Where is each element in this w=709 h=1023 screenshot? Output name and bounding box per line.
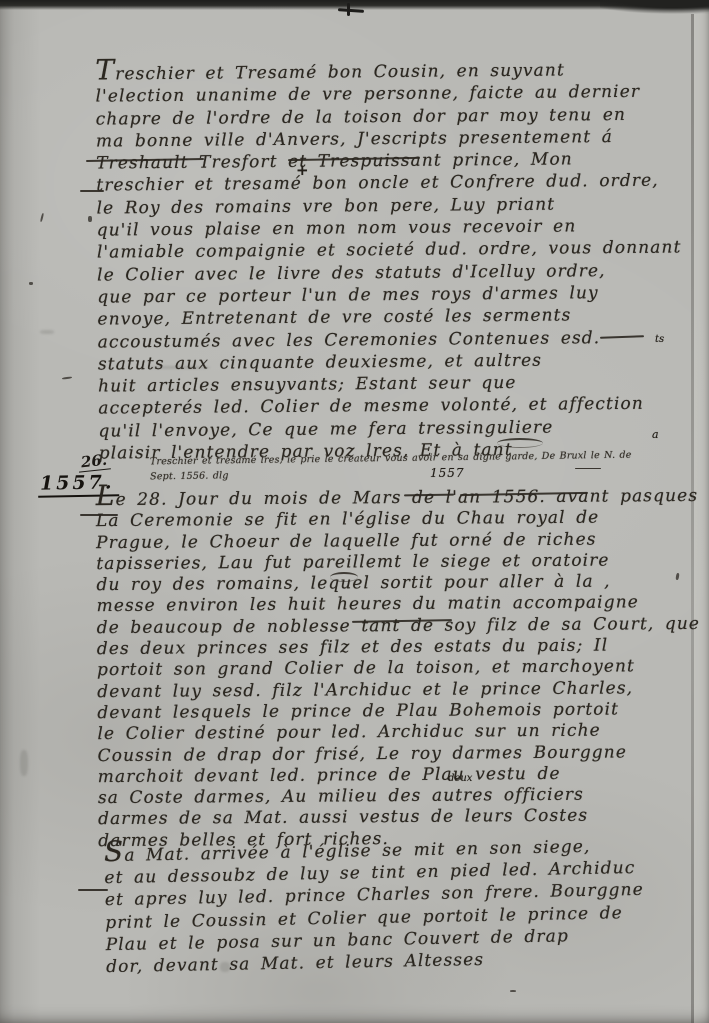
top-cross-mark (347, 3, 350, 16)
manuscript-line: Le 28. Jour du mois de Mars de l'an 1556… (96, 481, 700, 512)
manuscript-line: Coussin de drap dor frisé, Le roy darmes… (98, 741, 701, 767)
superscript-abbreviation-ts: ts (655, 334, 664, 345)
bleed-through-ghost (220, 962, 230, 972)
ink-speck (88, 216, 92, 222)
manuscript-line: de beaucoup de noblesse tant de soy filz… (97, 614, 700, 640)
paragraph-closing-note: Treschier et tresamé lres, ie prie le cr… (150, 449, 632, 485)
inserted-year-correction: 1557 (430, 466, 465, 480)
underline-mark (575, 468, 601, 469)
paragraph-ceremony-account: Le 28. Jour du mois de Mars de l'an 1556… (96, 481, 702, 852)
manuscript-page-scan: 26. 1557. Treschier et Tresamé bon Cousi… (0, 0, 709, 1023)
bleed-through-ghost (40, 330, 54, 334)
insertion-caret-mark: + (296, 161, 309, 179)
bleed-through-ghost (20, 750, 28, 776)
inserted-word-deux: deux (448, 773, 472, 784)
top-cross-mark (338, 8, 364, 12)
ink-speck (62, 376, 72, 379)
ink-speck (40, 213, 44, 222)
insertion-dash (78, 889, 108, 891)
insertion-dash (80, 514, 118, 516)
struck-word-scribble (330, 572, 358, 582)
paragraph-mass-account: Sa Mat. arrivée à l'église se mit en son… (104, 831, 646, 979)
struck-word-scribble (497, 438, 543, 448)
ink-speck (29, 282, 33, 285)
manuscript-line: devant lesquels le prince de Plau Bohemo… (97, 699, 700, 725)
superscript-letter-a: a (652, 428, 659, 441)
ink-speck (510, 990, 516, 992)
insertion-dash (80, 190, 104, 192)
bleed-through-ghost (150, 366, 210, 369)
paragraph-letter: Treschier et Tresamé bon Cousin, en suyv… (95, 54, 683, 464)
